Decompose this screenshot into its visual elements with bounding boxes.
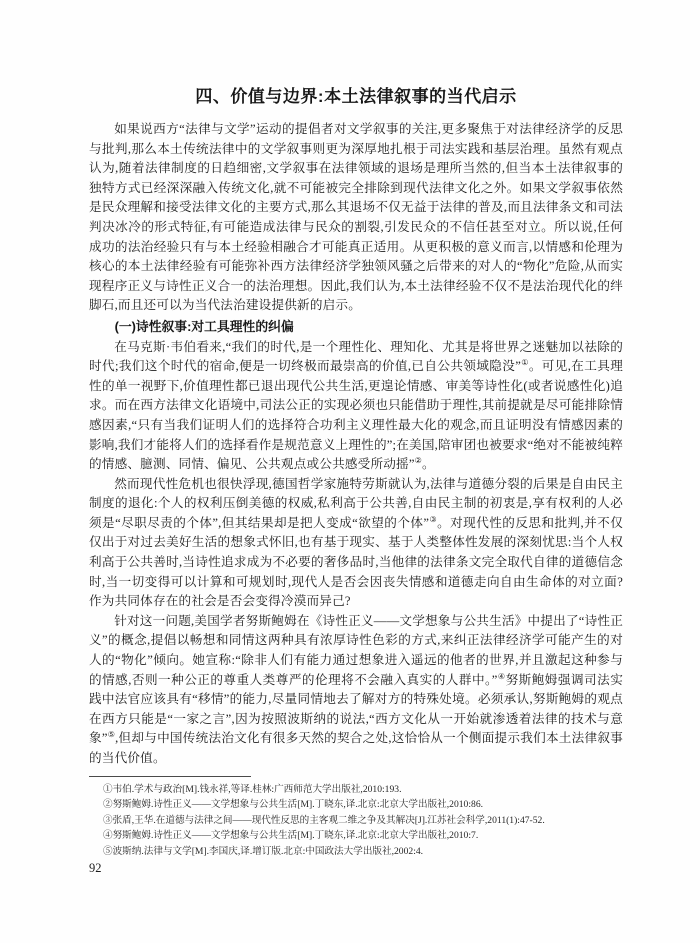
footnote-5: ⑤波斯纳.法律与文学[M].李国庆,译.增订版.北京:中国政法大学出版社,200… <box>89 844 623 860</box>
page-title: 四、价值与边界:本土法律叙事的当代启示 <box>89 82 623 107</box>
section-heading: (一)诗性叙事:对工具理性的纠偏 <box>89 317 623 337</box>
footnotes-section: ①韦伯.学术与政治[M].钱永祥,等译.桂林:广西师范大学出版社,2010:19… <box>89 776 623 860</box>
body-paragraph-3: 然而现代性危机也很快浮现,德国哲学家施特劳斯就认为,法律与道德分裂的后果是自由民… <box>89 475 623 612</box>
body-paragraph-1: 如果说西方“法律与文学”运动的提倡者对文学叙事的关注,更多聚焦于对法律经济学的反… <box>89 120 623 316</box>
footnote-2: ②努斯鲍姆.诗性正义——文学想象与公共生活[M].丁晓东,译.北京:北京大学出版… <box>89 797 623 813</box>
page-content: 四、价值与边界:本土法律叙事的当代启示 如果说西方“法律与文学”运动的提倡者对文… <box>89 82 623 860</box>
footnote-3: ③张盾,王华.在道德与法律之间——现代性反思的主客观二维之争及其解决[J].江苏… <box>89 813 623 829</box>
footnote-4: ④努斯鲍姆.诗性正义——文学想象与公共生活[M].丁晓东,译.北京:北京大学出版… <box>89 828 623 844</box>
body-paragraph-4: 针对这一问题,美国学者努斯鲍姆在《诗性正义——文学想象与公共生活》中提出了“诗性… <box>89 612 623 769</box>
footnote-1: ①韦伯.学术与政治[M].钱永祥,等译.桂林:广西师范大学出版社,2010:19… <box>89 782 623 798</box>
document-page: 四、价值与边界:本土法律叙事的当代启示 如果说西方“法律与文学”运动的提倡者对文… <box>0 0 700 943</box>
footnote-separator <box>89 776 251 777</box>
page-number: 92 <box>89 861 102 876</box>
body-paragraph-2: 在马克斯·韦伯看来,“我们的时代,是一个理性化、理知化、尤其是将世界之迷魅加以祛… <box>89 338 623 475</box>
